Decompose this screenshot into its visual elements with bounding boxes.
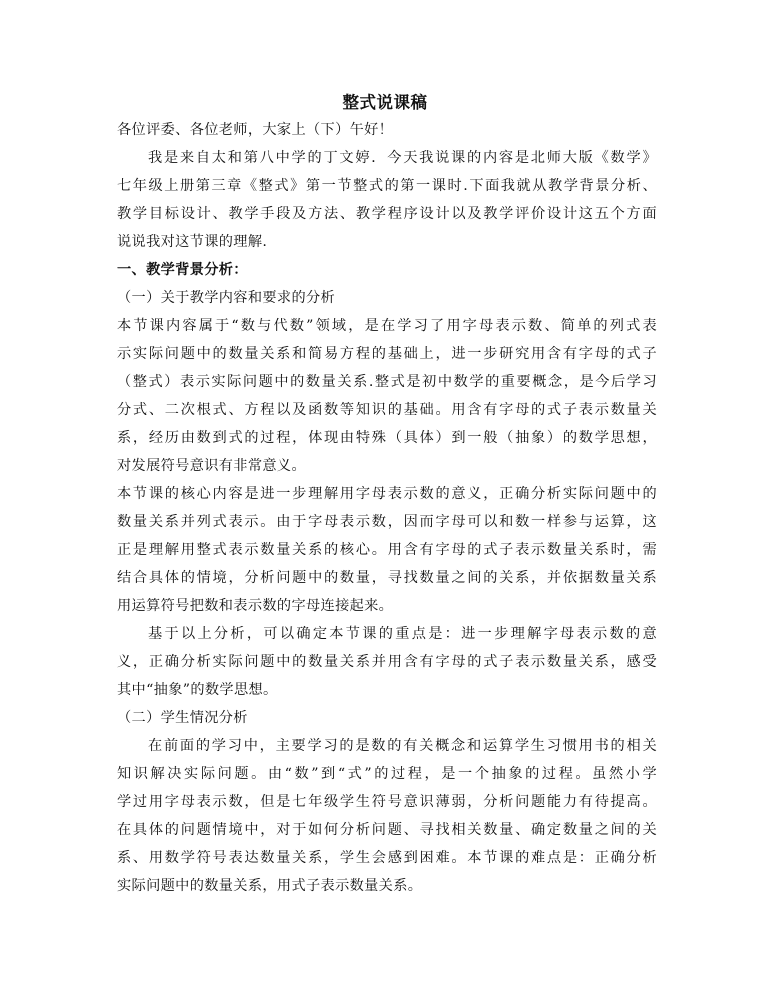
subsection-heading: （一）关于教学内容和要求的分析 [117,286,657,310]
paragraph-line: 本节课的核心内容是进一步理解用字母表示数的意义，正确分析实际问题中的 [117,482,657,506]
paragraph-line: 分式、二次根式、方程以及函数等知识的基础。用含有字母的式子表示数量关 [117,398,657,422]
paragraph-line: 基于以上分析，可以确定本节课的重点是：进一步理解字母表示数的意 [148,622,657,646]
paragraph-line: 七年级上册第三章《整式》第一节整式的第一课时.下面我就从教学背景分析、 [117,174,657,198]
paragraph-line: 系、用数学符号表达数量关系，学生会感到困难。本节课的难点是：正确分析 [117,846,657,870]
paragraph-line: 我是来自太和第八中学的丁文婷．今天我说课的内容是北师大版《数学》 [148,146,657,170]
document-page: 整式说课稿 各位评委、各位老师，大家上（下）午好！ 我是来自太和第八中学的丁文婷… [0,0,770,1000]
paragraph-line: 正是理解用整式表示数量关系的核心。用含有字母的式子表示数量关系时，需 [117,538,657,562]
subsection-heading: （二）学生情况分析 [117,706,657,730]
section-heading: 一、教学背景分析： [117,258,657,282]
paragraph-line: 说说我对这节课的理解. [117,230,657,254]
paragraph-line: 学过用字母表示数，但是七年级学生符号意识薄弱，分析问题能力有待提高。 [117,790,657,814]
paragraph-line: 知识解决实际问题。由“数”到“式”的过程，是一个抽象的过程。虽然小学 [117,762,657,786]
paragraph-line: 结合具体的情境，分析问题中的数量，寻找数量之间的关系，并依据数量关系 [117,566,657,590]
paragraph-line: 系，经历由数到式的过程，体现由特殊（具体）到一般（抽象）的数学思想， [117,426,657,450]
paragraph-line: 在前面的学习中，主要学习的是数的有关概念和运算学生习惯用书的相关 [148,734,657,758]
paragraph-line: 数量关系并列式表示。由于字母表示数，因而字母可以和数一样参与运算，这 [117,510,657,534]
paragraph-line: （整式）表示实际问题中的数量关系.整式是初中数学的重要概念，是今后学习 [117,370,657,394]
paragraph-line: 义，正确分析实际问题中的数量关系并用含有字母的式子表示数量关系，感受 [117,650,657,674]
paragraph-line: 教学目标设计、教学手段及方法、教学程序设计以及教学评价设计这五个方面 [117,202,657,226]
paragraph-line: 其中“抽象”的数学思想。 [117,678,657,702]
paragraph-line: 实际问题中的数量关系，用式子表示数量关系。 [117,874,657,898]
paragraph-line: 在具体的问题情境中，对于如何分析问题、寻找相关数量、确定数量之间的关 [117,818,657,842]
paragraph-line: 本节课内容属于“数与代数”领域，是在学习了用字母表示数、简单的列式表 [117,314,657,338]
paragraph-line: 用运算符号把数和表示数的字母连接起来。 [117,594,657,618]
greeting-line: 各位评委、各位老师，大家上（下）午好！ [117,118,657,142]
document-title: 整式说课稿 [0,91,770,115]
paragraph-line: 对发展符号意识有非常意义。 [117,454,657,478]
paragraph-line: 示实际问题中的数量关系和简易方程的基础上，进一步研究用含有字母的式子 [117,342,657,366]
